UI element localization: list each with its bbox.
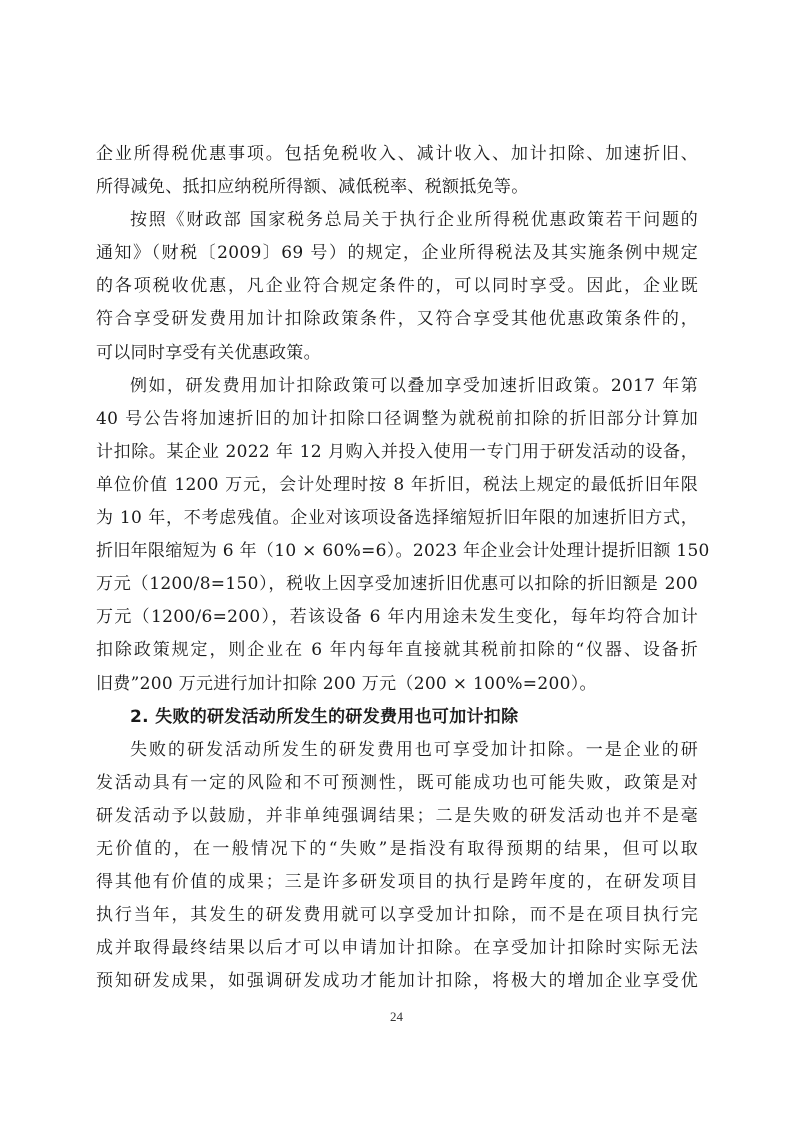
text-line: 旧费”200 万元进行加计扣除 200 万元（200 × 100%=200）。	[96, 668, 698, 701]
paragraph-failed-rd: 失败的研发活动所发生的研发费用也可享受加计扣除。一是企业的研 发活动具有一定的风…	[96, 734, 698, 999]
text-line: 40 号公告将加速折旧的加计扣除口径调整为就税前扣除的折旧部分计算加	[96, 403, 698, 436]
text-line: 计扣除。某企业 2022 年 12 月购入并投入使用一专门用于研发活动的设备，	[96, 436, 698, 469]
text-line: 执行当年，其发生的研发费用就可以享受加计扣除，而不是在项目执行完	[96, 899, 698, 932]
page-number: 24	[0, 1009, 793, 1025]
text-line: 单位价值 1200 万元，会计处理时按 8 年折旧，税法上规定的最低折旧年限	[96, 469, 698, 502]
text-line: 扣除政策规定，则企业在 6 年内每年直接就其税前扣除的“仪器、设备折	[96, 634, 698, 667]
text-line: 得其他有价值的成果；三是许多研发项目的执行是跨年度的，在研发项目	[96, 866, 698, 899]
text-line: 企业所得税优惠事项。包括免税收入、减计收入、加计扣除、加速折旧、	[96, 138, 698, 171]
text-line: 的各项税收优惠，凡企业符合规定条件的，可以同时享受。因此，企业既	[96, 270, 698, 303]
page-body: 企业所得税优惠事项。包括免税收入、减计收入、加计扣除、加速折旧、 所得减免、抵扣…	[96, 138, 698, 998]
text-line: 万元（1200/8=150），税收上因享受加速折旧优惠可以扣除的折旧额是 200	[96, 568, 698, 601]
text-line: 通知》（财税〔2009〕69 号）的规定，企业所得税法及其实施条例中规定	[96, 237, 698, 270]
text-line: 万元（1200/6=200），若该设备 6 年内用途未发生变化，每年均符合加计	[96, 601, 698, 634]
text-line: 预知研发成果，如强调研发成功才能加计扣除，将极大的增加企业享受优	[96, 965, 698, 998]
text-line: 折旧年限缩短为 6 年（10 × 60%=6）。2023 年企业会计处理计提折旧…	[96, 535, 698, 568]
text-line: 可以同时享受有关优惠政策。	[96, 337, 698, 370]
paragraph-depreciation-example: 例如，研发费用加计扣除政策可以叠加享受加速折旧政策。2017 年第 40 号公告…	[96, 370, 698, 701]
paragraph-tax-incentive-items: 企业所得税优惠事项。包括免税收入、减计收入、加计扣除、加速折旧、 所得减免、抵扣…	[96, 138, 698, 204]
text-line: 发活动具有一定的风险和不可预测性，既可能成功也可能失败，政策是对	[96, 767, 698, 800]
text-line: 例如，研发费用加计扣除政策可以叠加享受加速折旧政策。2017 年第	[96, 370, 698, 403]
section-heading: 2. 失败的研发活动所发生的研发费用也可加计扣除	[96, 701, 698, 734]
text-line: 成并取得最终结果以后才可以申请加计扣除。在享受加计扣除时实际无法	[96, 932, 698, 965]
text-line: 为 10 年，不考虑残值。企业对该项设备选择缩短折旧年限的加速折旧方式，	[96, 502, 698, 535]
text-line: 无价值的，在一般情况下的“失败”是指没有取得预期的结果，但可以取	[96, 833, 698, 866]
text-line: 按照《财政部 国家税务总局关于执行企业所得税优惠政策若干问题的	[96, 204, 698, 237]
text-line: 所得减免、抵扣应纳税所得额、减低税率、税额抵免等。	[96, 171, 698, 204]
text-line: 符合享受研发费用加计扣除政策条件，又符合享受其他优惠政策条件的，	[96, 303, 698, 336]
text-line: 失败的研发活动所发生的研发费用也可享受加计扣除。一是企业的研	[96, 734, 698, 767]
document-page: 企业所得税优惠事项。包括免税收入、减计收入、加计扣除、加速折旧、 所得减免、抵扣…	[0, 0, 793, 1122]
text-line: 研发活动予以鼓励，并非单纯强调结果；二是失败的研发活动也并不是毫	[96, 800, 698, 833]
paragraph-policy-notice: 按照《财政部 国家税务总局关于执行企业所得税优惠政策若干问题的 通知》（财税〔2…	[96, 204, 698, 369]
